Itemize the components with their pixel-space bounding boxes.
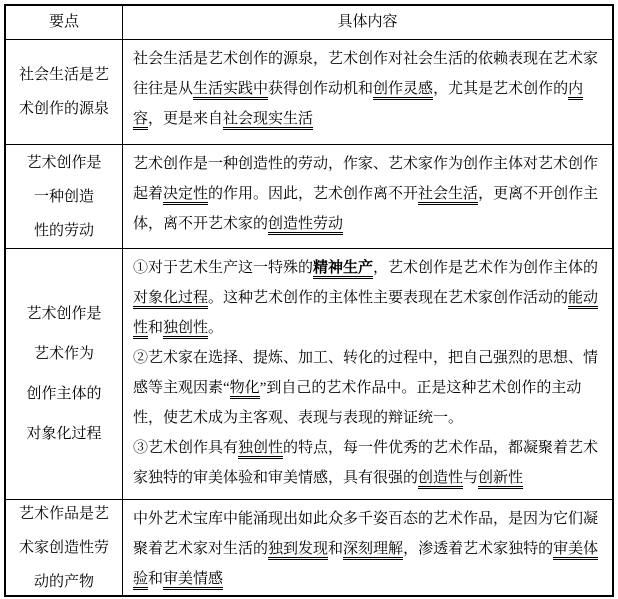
- point-cell-objectification-process: 艺术创作是艺术作为创作主体的对象化过程: [6, 249, 123, 499]
- emphasized-term: 创新性: [478, 470, 523, 489]
- content-cell-product-of-labor: 中外艺术宝库中能涌现出如此众多千姿百态的艺术作品，是因为它们凝聚着艺术家对生活的…: [123, 500, 612, 595]
- point-cell-source-of-art: 社会生活是艺术创作的源泉: [6, 40, 123, 144]
- point-line: 艺术创作是: [26, 146, 101, 180]
- content-paragraph: 中外艺术宝库中能涌现出如此众多千姿百态的艺术作品，是因为它们凝聚着艺术家对生活的…: [133, 504, 606, 594]
- point-cell-product-of-labor: 艺术作品是艺术家创造性劳动的产物: [6, 500, 123, 595]
- text-run: 和: [148, 320, 163, 336]
- text-run: ，尤其是艺术创作的: [433, 81, 568, 97]
- emphasized-term: 独创性: [163, 320, 208, 339]
- point-line: 术创作的源泉: [19, 92, 109, 126]
- text-run: ，艺术创作是艺术作为创作主体的: [373, 260, 598, 276]
- emphasized-term: 精神生产: [313, 260, 373, 279]
- point-line: 一种创造: [34, 180, 94, 214]
- text-run: ，更是来自: [148, 111, 223, 127]
- table-row-product-of-labor: 艺术作品是艺术家创造性劳动的产物 中外艺术宝库中能涌现出如此众多千姿百态的艺术作…: [6, 499, 612, 595]
- emphasized-term: 深刻理解: [343, 541, 403, 560]
- emphasized-term: 创造性: [418, 470, 463, 489]
- emphasized-term: 独创性: [238, 440, 283, 459]
- emphasized-term: 物化: [230, 380, 260, 399]
- point-line: 对象化过程: [26, 414, 101, 454]
- emphasized-term: 创作灵感: [373, 81, 433, 100]
- point-line: 创作主体的: [26, 374, 101, 414]
- point-line: 艺术作品是艺: [19, 497, 109, 531]
- text-run: ③艺术创作具有: [133, 440, 238, 456]
- point-line: 性的劳动: [34, 214, 94, 248]
- content-cell-objectification-process: ①对于艺术生产这一特殊的精神生产，艺术创作是艺术作为创作主体的对象化过程。这种艺…: [123, 249, 612, 499]
- text-run: 获得创作动机和: [268, 81, 373, 97]
- text-run: 和: [328, 541, 343, 557]
- header-cell-content: 具体内容: [123, 6, 612, 39]
- table-row-creative-labor: 艺术创作是一种创造性的劳动 艺术创作是一种创造性的劳动，作家、艺术家作为创作主体…: [6, 144, 612, 248]
- text-run: ，渗透着艺术家独特的: [403, 541, 553, 557]
- emphasized-term: 生活实践中: [193, 81, 268, 100]
- table-row-objectification-process: 艺术创作是艺术作为创作主体的对象化过程 ①对于艺术生产这一特殊的精神生产，艺术创…: [6, 248, 612, 499]
- content-cell-source-of-art: 社会生活是艺术创作的源泉，艺术创作对社会生活的依赖表现在艺术家往往是从生活实践中…: [123, 40, 612, 144]
- content-paragraph: 艺术创作是一种创造性的劳动，作家、艺术家作为创作主体对艺术创作起着决定性的作用。…: [133, 149, 606, 239]
- emphasized-term: 独到发现: [268, 541, 328, 560]
- point-cell-creative-labor: 艺术创作是一种创造性的劳动: [6, 145, 123, 248]
- emphasized-term: 对象化过程: [133, 290, 208, 309]
- point-line: 艺术作为: [34, 334, 94, 374]
- content-cell-creative-labor: 艺术创作是一种创造性的劳动，作家、艺术家作为创作主体对艺术创作起着决定性的作用。…: [123, 145, 612, 248]
- text-run: 。: [208, 320, 223, 336]
- text-run: 与: [463, 470, 478, 486]
- point-line: 动的产物: [34, 565, 94, 599]
- table-header-row: 要点 具体内容: [6, 6, 612, 39]
- header-cell-point: 要点: [6, 6, 123, 39]
- text-run: ①对于艺术生产这一特殊的: [133, 260, 313, 276]
- content-paragraph: ③艺术创作具有独创性的特点，每一件优秀的艺术作品，都凝聚着艺术家独特的审美体验和…: [133, 433, 606, 493]
- emphasized-term: 社会生活: [418, 186, 478, 205]
- text-run: 的作用。因此，艺术创作离不开: [208, 186, 418, 202]
- emphasized-term: 决定性: [163, 186, 208, 205]
- emphasized-term: 审美情感: [163, 571, 223, 590]
- content-paragraph: ②艺术家在选择、提炼、加工、转化的过程中，把自己强烈的思想、情感等主观因素“物化…: [133, 343, 606, 433]
- emphasized-term: 创造性劳动: [268, 216, 343, 235]
- table-row-source-of-art: 社会生活是艺术创作的源泉 社会生活是艺术创作的源泉，艺术创作对社会生活的依赖表现…: [6, 39, 612, 144]
- content-paragraph: ①对于艺术生产这一特殊的精神生产，艺术创作是艺术作为创作主体的对象化过程。这种艺…: [133, 253, 606, 343]
- text-run: 和: [148, 571, 163, 587]
- text-run: 。这种艺术创作的主体性主要表现在艺术家创作活动的: [208, 290, 568, 306]
- point-line: 术家创造性劳: [19, 531, 109, 565]
- point-line: 艺术创作是: [26, 294, 101, 334]
- content-paragraph: 社会生活是艺术创作的源泉，艺术创作对社会生活的依赖表现在艺术家往往是从生活实践中…: [133, 44, 606, 134]
- key-points-table: 要点 具体内容 社会生活是艺术创作的源泉 社会生活是艺术创作的源泉，艺术创作对社…: [4, 4, 614, 597]
- emphasized-term: 社会现实生活: [223, 111, 313, 130]
- point-line: 社会生活是艺: [19, 58, 109, 92]
